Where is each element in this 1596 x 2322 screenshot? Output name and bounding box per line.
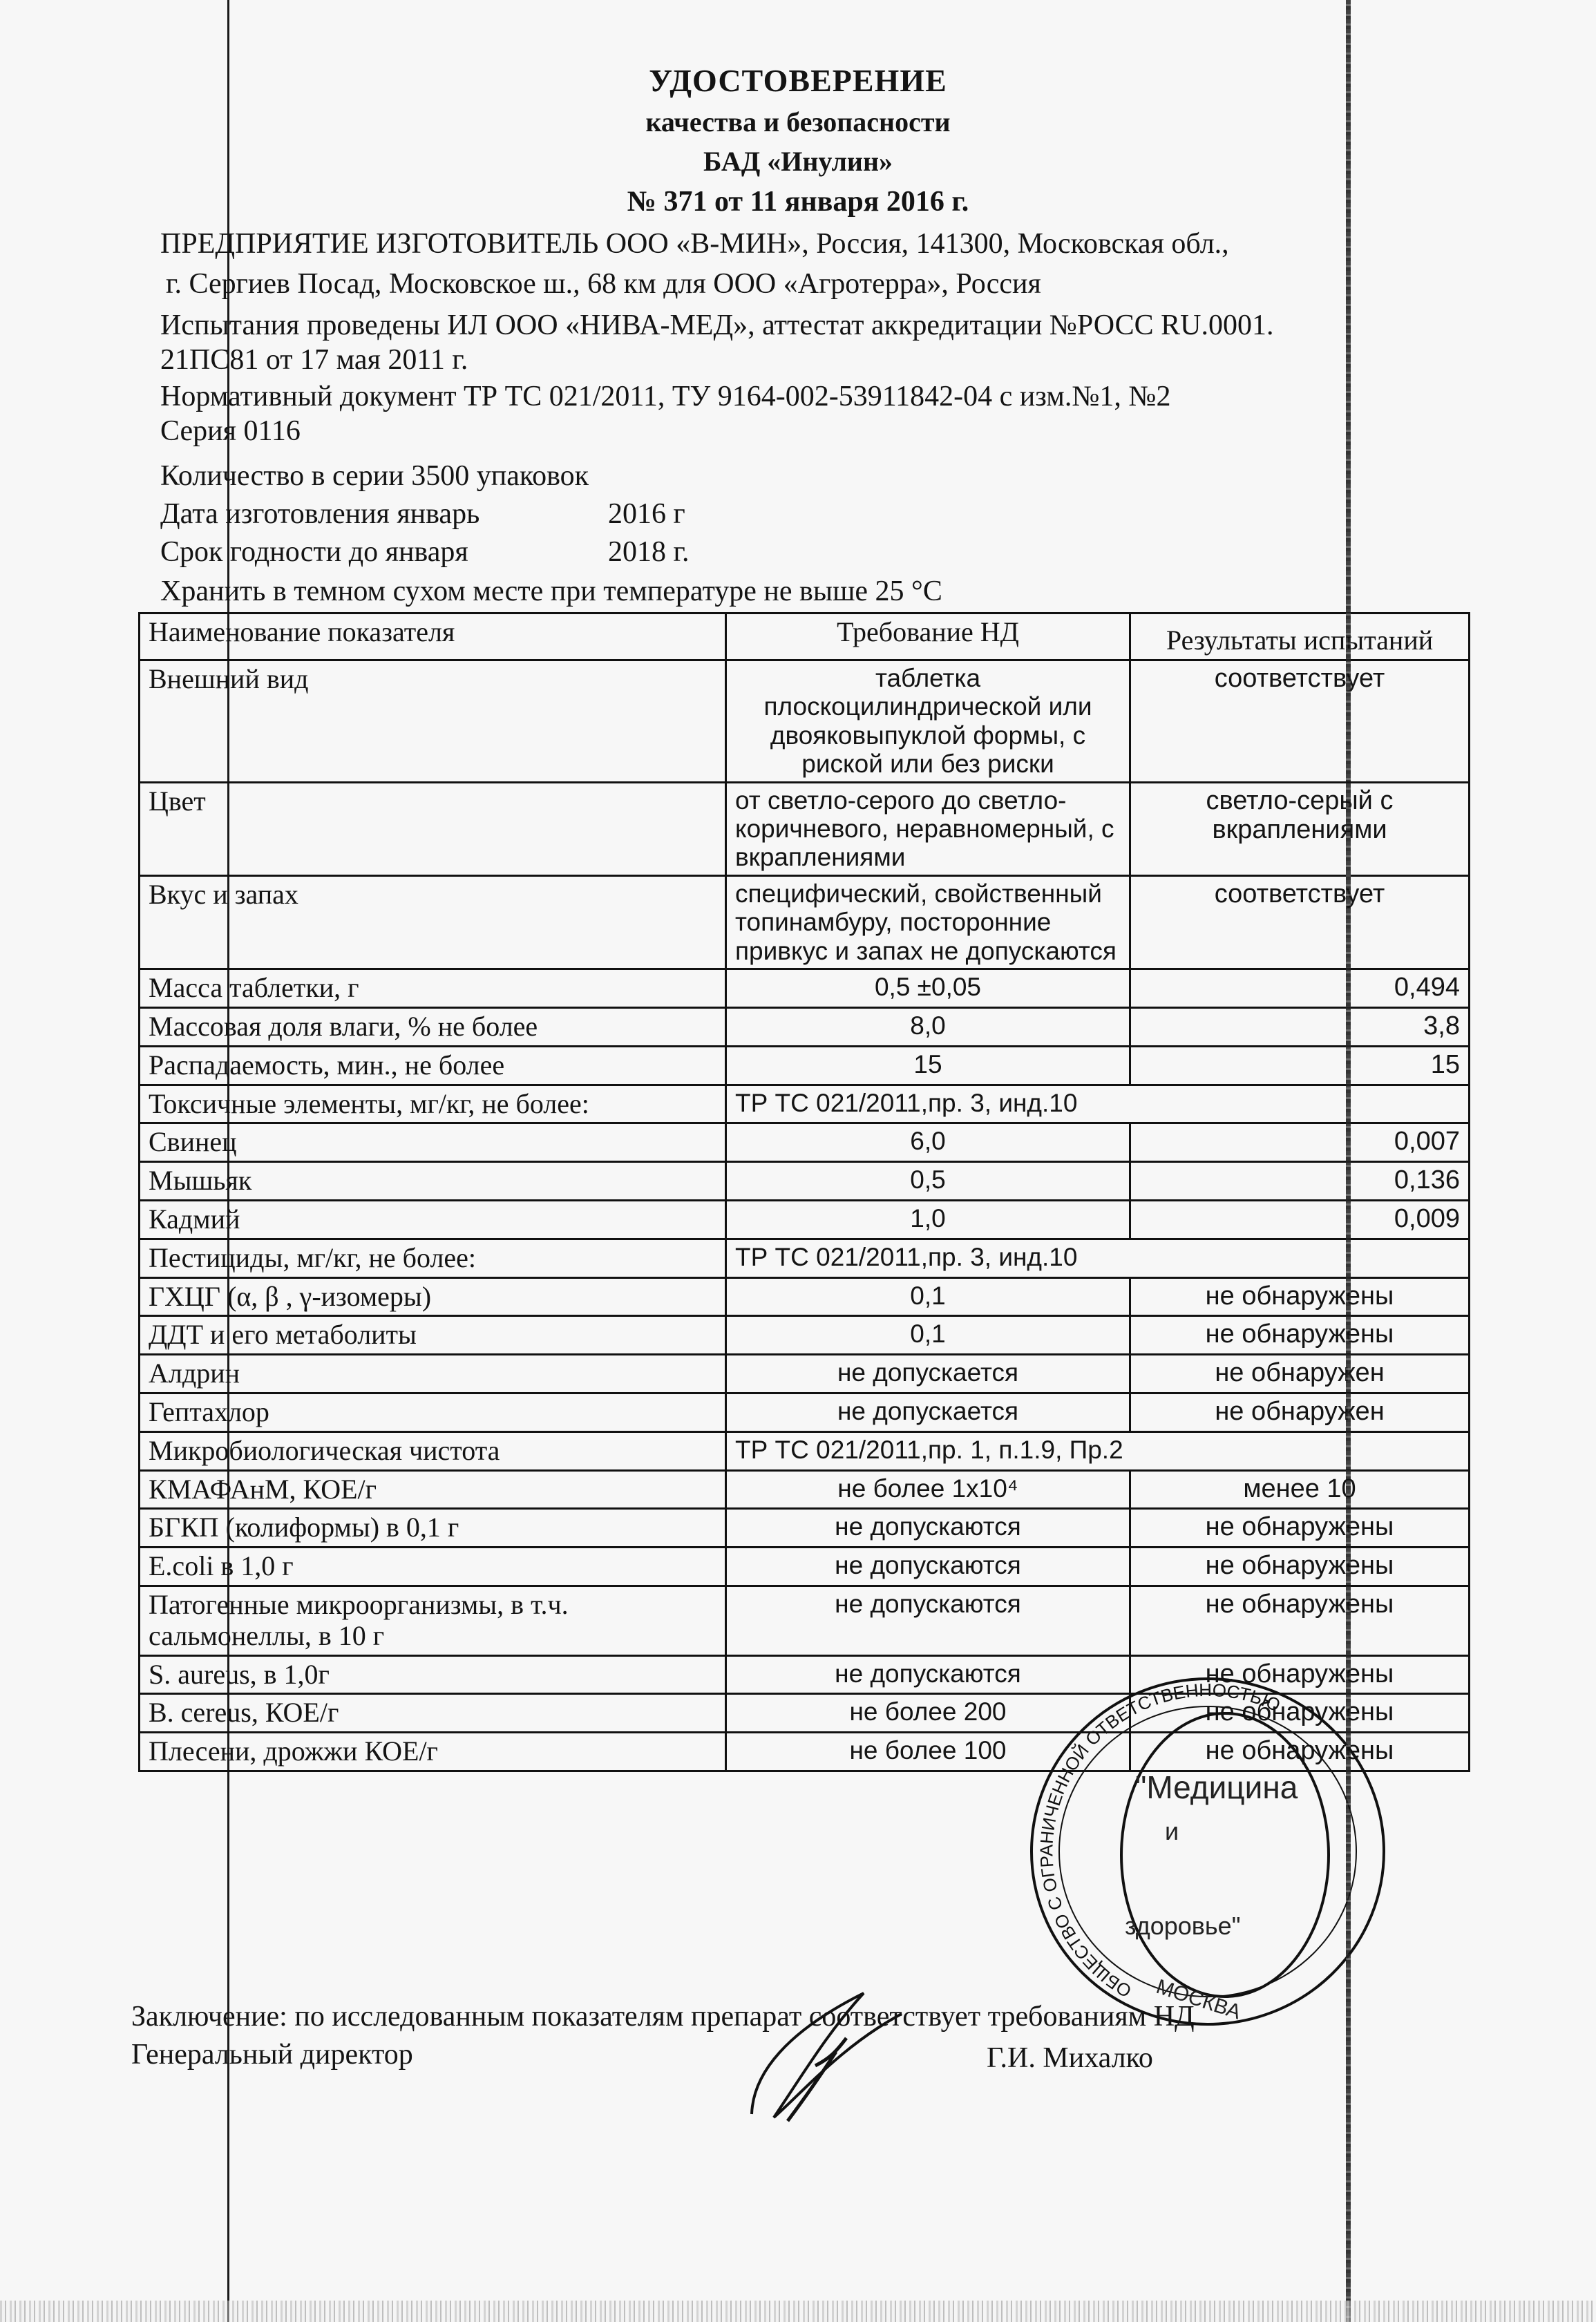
stamp-center-line-3: здоровье" [1125, 1912, 1240, 1940]
result-value: 0,494 [1130, 969, 1470, 1008]
indicator-name: E.coli в 1,0 г [140, 1548, 726, 1586]
requirement-value: не более 1x10⁴ [726, 1470, 1130, 1509]
indicator-name: Патогенные микроорганизмы, в т.ч. сальмо… [140, 1586, 726, 1655]
table-row: Вкус и запахспецифический, свойственный … [140, 875, 1470, 969]
column-header-indicator: Наименование показателя [140, 613, 726, 660]
conclusion-text: Заключение: по исследованным показателям… [131, 2000, 1195, 2033]
indicator-name: Алдрин [140, 1355, 726, 1393]
indicator-name: Микробиологическая чистота [140, 1431, 726, 1470]
batch-quantity: Количество в серии 3500 упаковок [160, 461, 589, 491]
table-row: Распадаемость, мин., не более1515 [140, 1046, 1470, 1085]
storage-conditions: Хранить в темном сухом месте при темпера… [160, 577, 942, 606]
requirement-value: 15 [726, 1046, 1130, 1085]
indicator-name: Масса таблетки, г [140, 969, 726, 1008]
column-header-result: Результаты испытаний [1130, 613, 1470, 660]
result-value: не обнаружен [1130, 1393, 1470, 1431]
requirement-value: 0,5 ±0,05 [726, 969, 1130, 1008]
manufacturer-line-2: г. Сергиев Посад, Московское ш., 68 км д… [166, 269, 1041, 298]
stamp-center-line-2: и [1165, 1817, 1179, 1845]
table-row: Цветот светло-серого до светло-коричнево… [140, 782, 1470, 875]
manufacture-date-value: 2016 г [608, 499, 685, 529]
stamp-outer-text: ОБЩЕСТВО С ОГРАНИЧЕННОЙ ОТВЕТСТВЕННОСТЬЮ [1036, 1679, 1283, 2002]
indicator-name: ГХЦГ (α, β , γ-изомеры) [140, 1277, 726, 1316]
table-header-row: Наименование показателя Требование НД Ре… [140, 613, 1470, 660]
series: Серия 0116 [160, 417, 301, 446]
requirement-value: 0,1 [726, 1277, 1130, 1316]
section-reference: ТР ТС 021/2011,пр. 3, инд.10 [726, 1085, 1470, 1123]
product-name: БАД «Инулин» [0, 145, 1596, 178]
indicator-name: Пестициды, мг/кг, не более: [140, 1239, 726, 1277]
requirement-value: не допускаются [726, 1586, 1130, 1655]
document-subtitle: качества и безопасности [0, 106, 1596, 138]
expiry-date-value: 2018 г. [608, 537, 690, 567]
manufacturer-line-1: ПРЕДПРИЯТИЕ ИЗГОТОВИТЕЛЬ ООО «В-МИН», Ро… [160, 229, 1229, 258]
stamp-center-line-1: "Медицина [1135, 1769, 1298, 1805]
requirement-value: 0,1 [726, 1316, 1130, 1355]
table-row: Гептахлорне допускаетсяне обнаружен [140, 1393, 1470, 1431]
requirement-value: 8,0 [726, 1007, 1130, 1046]
company-stamp: ОБЩЕСТВО С ОГРАНИЧЕННОЙ ОТВЕТСТВЕННОСТЬЮ… [1014, 1662, 1401, 2035]
indicator-name: Распадаемость, мин., не более [140, 1046, 726, 1085]
manufacture-date: Дата изготовления январь 2016 г [160, 499, 479, 529]
table-row: Токсичные элементы, мг/кг, не более:ТР Т… [140, 1085, 1470, 1123]
document-title: УДОСТОВЕРЕНИЕ [0, 62, 1596, 99]
result-value: не обнаружены [1130, 1586, 1470, 1655]
indicator-name: ДДТ и его метаболиты [140, 1316, 726, 1355]
result-value: не обнаружены [1130, 1316, 1470, 1355]
expiry-date-label: Срок годности до января [160, 536, 468, 568]
result-value: 0,136 [1130, 1162, 1470, 1201]
result-value: 3,8 [1130, 1007, 1470, 1046]
requirement-value: не допускается [726, 1393, 1130, 1431]
indicator-name: Гептахлор [140, 1393, 726, 1431]
table-row: Алдринне допускаетсяне обнаружен [140, 1355, 1470, 1393]
testing-line-2: 21ПС81 от 17 мая 2011 г. [160, 345, 468, 374]
table-row: Кадмий1,00,009 [140, 1200, 1470, 1239]
result-value: менее 10 [1130, 1470, 1470, 1509]
column-header-requirement: Требование НД [726, 613, 1130, 660]
indicator-name: БГКП (колиформы) в 0,1 г [140, 1509, 726, 1548]
result-value: не обнаружены [1130, 1548, 1470, 1586]
scan-artifact-bottom [0, 2301, 1596, 2322]
indicator-name: Цвет [140, 782, 726, 875]
svg-text:ОБЩЕСТВО С ОГРАНИЧЕННОЙ ОТВЕТС: ОБЩЕСТВО С ОГРАНИЧЕННОЙ ОТВЕТСТВЕННОСТЬЮ [1036, 1679, 1283, 2002]
table-row: Массовая доля влаги, % не более8,03,8 [140, 1007, 1470, 1046]
section-reference: ТР ТС 021/2011,пр. 1, п.1.9, Пр.2 [726, 1431, 1470, 1470]
table-row: КМАФАнМ, КОЕ/гне более 1x10⁴менее 10 [140, 1470, 1470, 1509]
indicator-name: Кадмий [140, 1200, 726, 1239]
result-value: не обнаружен [1130, 1355, 1470, 1393]
requirement-value: не допускаются [726, 1509, 1130, 1548]
table-row: Патогенные микроорганизмы, в т.ч. сальмо… [140, 1586, 1470, 1655]
table-row: БГКП (колиформы) в 0,1 гне допускаютсяне… [140, 1509, 1470, 1548]
table-row: ГХЦГ (α, β , γ-изомеры)0,1не обнаружены [140, 1277, 1470, 1316]
result-value: 15 [1130, 1046, 1470, 1085]
indicator-name: Вкус и запах [140, 875, 726, 969]
indicator-name: Мышьяк [140, 1162, 726, 1201]
indicator-name: S. aureus, в 1,0г [140, 1655, 726, 1694]
results-table: Наименование показателя Требование НД Ре… [138, 612, 1470, 1772]
table-body: Внешний видтаблетка плоскоцилиндрической… [140, 660, 1470, 1771]
requirement-value: не допускаются [726, 1548, 1130, 1586]
signature [746, 1990, 1023, 2128]
result-value: не обнаружены [1130, 1509, 1470, 1548]
result-value: 0,007 [1130, 1123, 1470, 1162]
table-row: Внешний видтаблетка плоскоцилиндрической… [140, 660, 1470, 782]
director-title: Генеральный директор [131, 2038, 413, 2071]
section-reference: ТР ТС 021/2011,пр. 3, инд.10 [726, 1239, 1470, 1277]
result-value: 0,009 [1130, 1200, 1470, 1239]
indicator-name: КМАФАнМ, КОЕ/г [140, 1470, 726, 1509]
normative-document: Нормативный документ ТР ТС 021/2011, ТУ … [160, 382, 1170, 411]
indicator-name: Плесени, дрожжи КОЕ/г [140, 1733, 726, 1771]
testing-line-1: Испытания проведены ИЛ ООО «НИВА-МЕД», а… [160, 311, 1273, 340]
indicator-name: Внешний вид [140, 660, 726, 782]
certificate-number: № 371 от 11 января 2016 г. [0, 185, 1596, 218]
result-value: соответствует [1130, 660, 1470, 782]
result-value: светло-серый с вкраплениями [1130, 782, 1470, 875]
result-value: не обнаружены [1130, 1277, 1470, 1316]
table-row: Пестициды, мг/кг, не более:ТР ТС 021/201… [140, 1239, 1470, 1277]
table-row: Свинец6,00,007 [140, 1123, 1470, 1162]
indicator-name: B. cereus, КОЕ/г [140, 1694, 726, 1733]
requirement-value: 0,5 [726, 1162, 1130, 1201]
result-value: соответствует [1130, 875, 1470, 969]
indicator-name: Массовая доля влаги, % не более [140, 1007, 726, 1046]
manufacture-date-label: Дата изготовления январь [160, 498, 479, 530]
requirement-value: от светло-серого до светло-коричневого, … [726, 782, 1130, 875]
table-row: E.coli в 1,0 гне допускаютсяне обнаружен… [140, 1548, 1470, 1586]
table-row: Масса таблетки, г0,5 ±0,050,494 [140, 969, 1470, 1008]
requirement-value: 6,0 [726, 1123, 1130, 1162]
requirement-value: таблетка плоскоцилиндрической или двояко… [726, 660, 1130, 782]
requirement-value: не допускается [726, 1355, 1130, 1393]
table-row: ДДТ и его метаболиты0,1не обнаружены [140, 1316, 1470, 1355]
indicator-name: Свинец [140, 1123, 726, 1162]
expiry-date: Срок годности до января 2018 г. [160, 537, 468, 567]
scan-artifact-right [1346, 0, 1351, 2322]
requirement-value: 1,0 [726, 1200, 1130, 1239]
table-row: Микробиологическая чистотаТР ТС 021/2011… [140, 1431, 1470, 1470]
indicator-name: Токсичные элементы, мг/кг, не более: [140, 1085, 726, 1123]
requirement-value: специфический, свойственный топинамбуру,… [726, 875, 1130, 969]
table-row: Мышьяк0,50,136 [140, 1162, 1470, 1201]
